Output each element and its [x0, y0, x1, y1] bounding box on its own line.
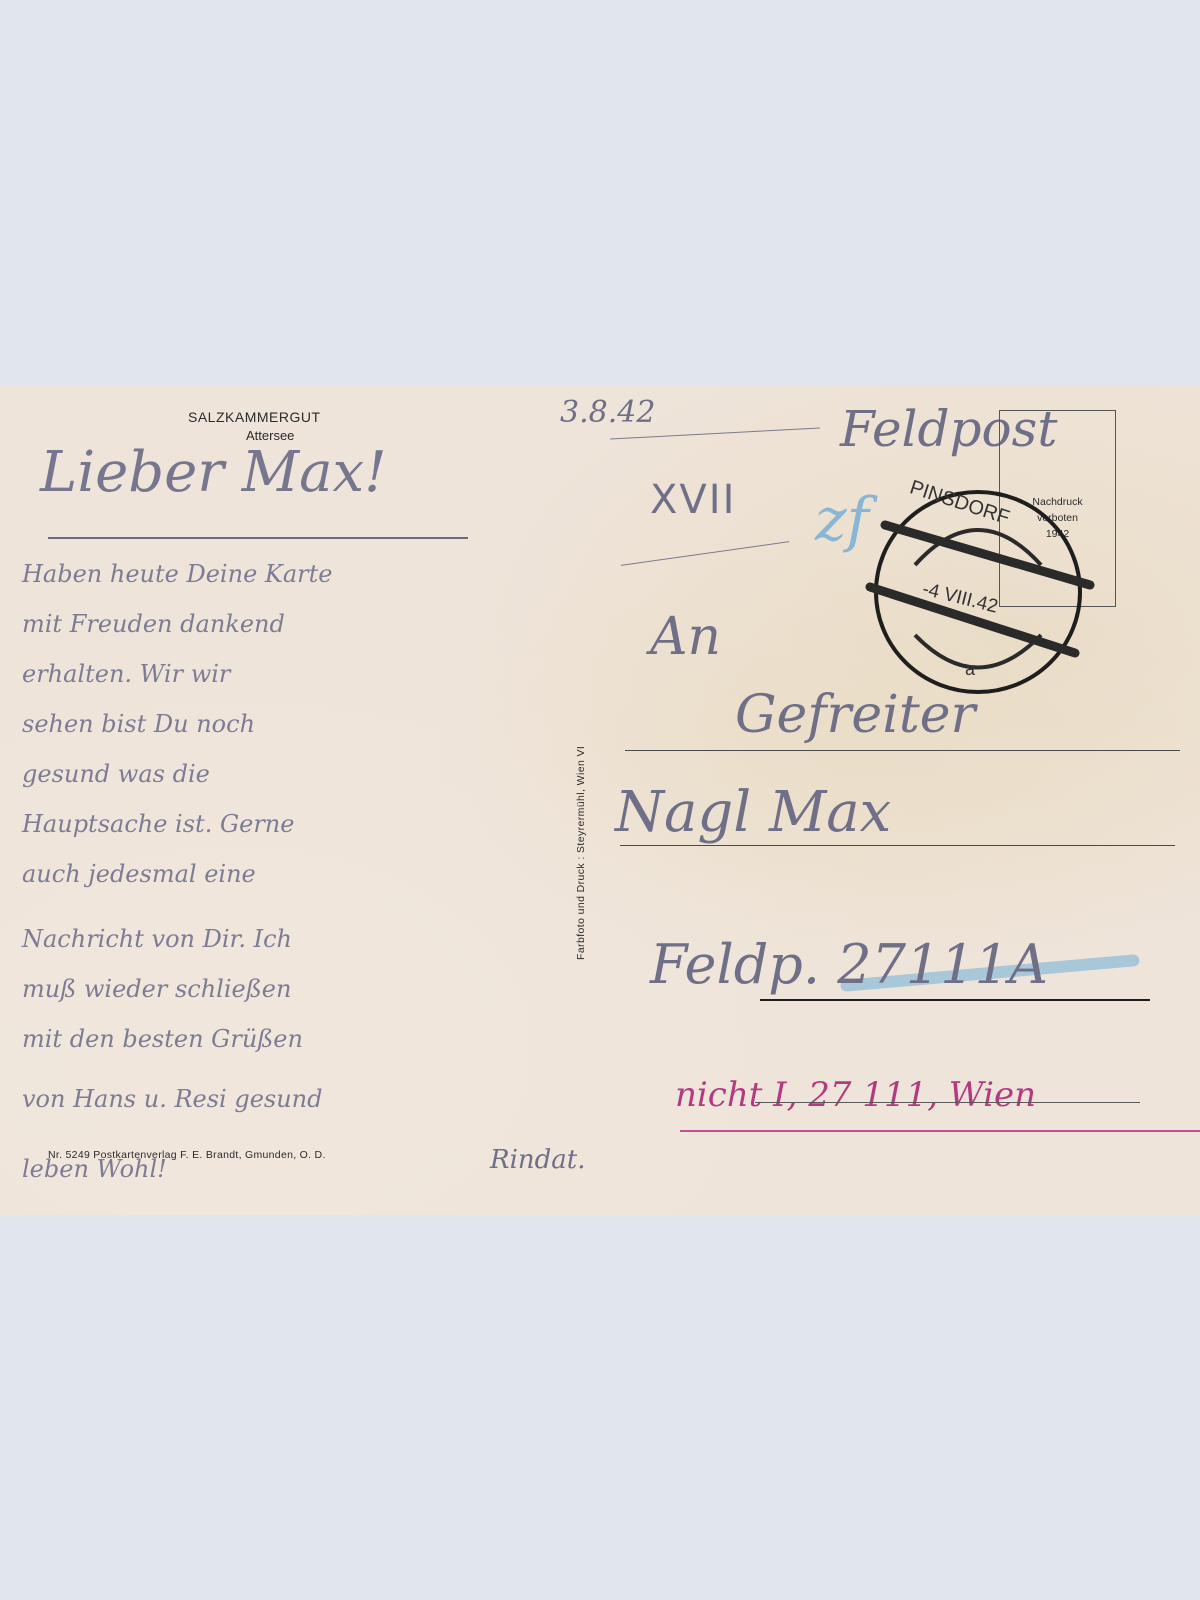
address-rank: Gefreiter: [735, 685, 975, 745]
field-post-number: Feldp. 27111A: [650, 933, 1048, 996]
handwritten-date: 3.8.42: [560, 395, 655, 430]
message-line: Nachricht von Dir. Ich: [22, 925, 292, 953]
address-line-2: [620, 845, 1175, 846]
message-line: muß wieder schließen: [22, 975, 291, 1003]
postmark-stamp: PINSDORF -4 VIII.42 a: [865, 475, 1095, 700]
postcard: SALZKAMMERGUT Attersee Farbfoto und Druc…: [0, 385, 1200, 1215]
message-line: von Hans u. Resi gesund: [22, 1085, 323, 1113]
greeting: Lieber Max!: [40, 440, 387, 505]
address-name: Nagl Max: [615, 780, 891, 845]
pink-underline: [680, 1130, 1200, 1132]
message-line: sehen bist Du noch: [22, 710, 255, 738]
message-line: Haben heute Deine Karte: [22, 560, 332, 588]
message-line: mit Freuden dankend: [22, 610, 285, 638]
address-prefix: An: [650, 607, 721, 667]
greeting-underline: [48, 537, 468, 539]
roman-numeral-mark: XVII: [650, 477, 736, 523]
card-title: SALZKAMMERGUT: [188, 409, 321, 425]
message-line: Hauptsache ist. Gerne: [22, 810, 294, 838]
signature: Rindat.: [490, 1145, 586, 1175]
blue-pencil-mark: zf: [815, 485, 869, 555]
message-line: auch jedesmal eine: [22, 860, 256, 888]
message-line: erhalten. Wir wir: [22, 660, 230, 688]
mark-underline: [621, 541, 789, 566]
message-line: mit den besten Grüßen: [22, 1025, 303, 1053]
postmark-letter: a: [965, 659, 976, 679]
address-line-3: [760, 999, 1150, 1001]
address-line-1: [625, 750, 1180, 751]
printer-credit: Farbfoto und Druck : Steyrermühl, Wien V…: [575, 746, 587, 960]
address-correction: nicht I, 27 111, Wien: [675, 1075, 1036, 1115]
message-line: leben Wohl!: [22, 1155, 167, 1183]
postmark-town: PINSDORF: [907, 476, 1012, 529]
message-line: gesund was die: [22, 760, 210, 788]
address-line-4: [755, 1102, 1140, 1103]
